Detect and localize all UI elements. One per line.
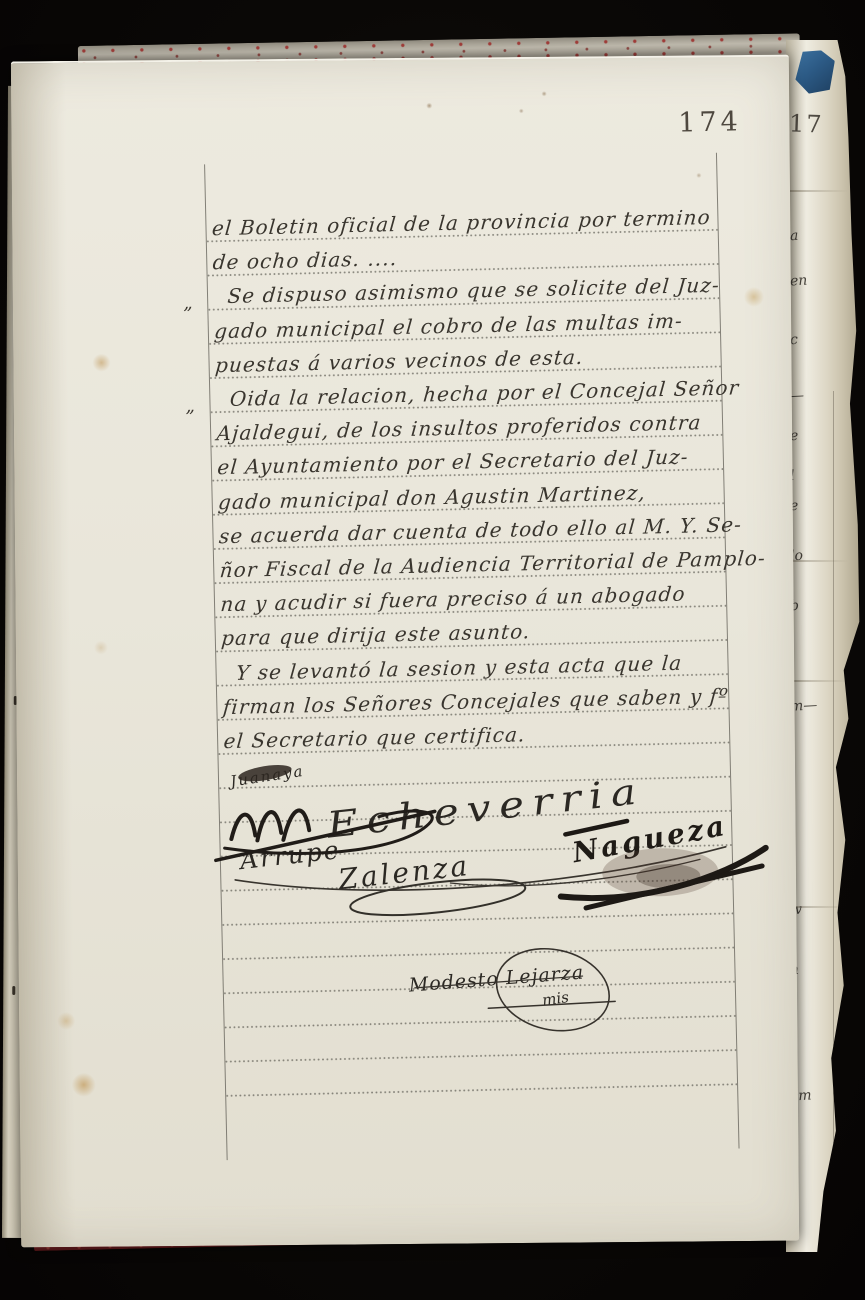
margin-quote-mark: „ [185, 396, 195, 417]
stitch-mark [12, 986, 15, 995]
adjacent-page-margin-rule [833, 391, 834, 1155]
page-fold-line [786, 680, 864, 682]
sig-modesto-rubric: mis [541, 988, 570, 1009]
manuscript-page: 174 el Boletin oficial de la provincia p… [11, 55, 799, 1248]
adjacent-text-fragment: en [790, 273, 808, 290]
adjacent-text-fragment: a [790, 228, 799, 244]
manuscript-line: de ocho dias. .... [211, 246, 399, 284]
margin-quote-mark: „ [183, 293, 193, 314]
page-sheet: 174 el Boletin oficial de la provincia p… [2, 51, 807, 1252]
adjacent-page-number: 17 [789, 109, 825, 138]
page-number: 174 [678, 106, 742, 138]
page-fold-line [786, 190, 864, 192]
photograph-background: 17 aenc—elelobm—lwhlem 174 el Boletin of… [0, 0, 865, 1300]
manuscript-line: el Secretario que certifica. [222, 722, 527, 763]
